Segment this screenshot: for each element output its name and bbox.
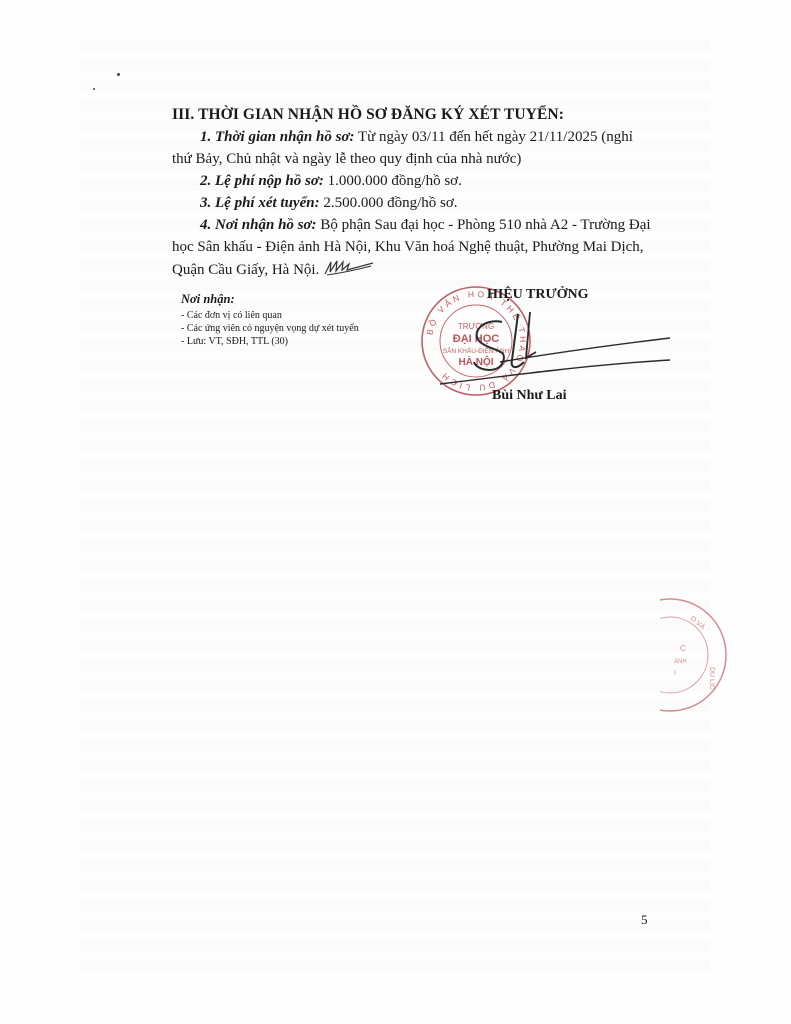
partial-seal-icon: O VÀ DU LỊC C ẢNH I xyxy=(660,595,750,715)
item-label: 1. Thời gian nhận hồ sơ: xyxy=(200,129,354,145)
document-page: III. THỜI GIAN NHẬN HỒ SƠ ĐĂNG KÝ XÉT TU… xyxy=(0,0,791,1024)
section-heading: III. THỜI GIAN NHẬN HỒ SƠ ĐĂNG KÝ XÉT TU… xyxy=(172,106,564,124)
item-text: 1.000.000 đồng/hồ sơ. xyxy=(324,173,462,189)
svg-text:ẢNH: ẢNH xyxy=(674,658,687,665)
scan-speck xyxy=(93,88,95,90)
recipient-item: - Các đơn vị có liên quan xyxy=(181,309,359,322)
svg-text:DU LỊC: DU LỊC xyxy=(708,667,715,690)
signature-icon xyxy=(440,308,680,388)
item-label: 4. Nơi nhận hồ sơ: xyxy=(200,217,317,233)
recipient-item: - Lưu: VT, SĐH, TTL (30) xyxy=(181,335,359,348)
item-application-period: 1. Thời gian nhận hồ sơ: Từ ngày 03/11 đ… xyxy=(172,126,652,170)
item-application-fee: 2. Lệ phí nộp hồ sơ: 1.000.000 đồng/hồ s… xyxy=(172,170,652,192)
recipients-title: Nơi nhận: xyxy=(181,292,359,307)
svg-text:I: I xyxy=(674,670,676,677)
recipients-block: Nơi nhận: - Các đơn vị có liên quan - Cá… xyxy=(181,292,359,348)
svg-text:C: C xyxy=(680,644,686,653)
item-label: 2. Lệ phí nộp hồ sơ: xyxy=(200,173,324,189)
page-number: 5 xyxy=(641,912,648,928)
item-label: 3. Lệ phí xét tuyển: xyxy=(200,195,320,211)
item-text: 2.500.000 đồng/hồ sơ. xyxy=(320,195,458,211)
scan-speck xyxy=(117,73,120,76)
initial-scribble-icon xyxy=(321,258,377,278)
signer-name: Bùi Như Lai xyxy=(492,388,567,404)
signer-title: HIỆU TRƯỞNG xyxy=(487,287,589,303)
item-submission-place: 4. Nơi nhận hồ sơ: Bộ phận Sau đại học -… xyxy=(172,214,652,281)
recipient-item: - Các ứng viên có nguyện vọng dự xét tuy… xyxy=(181,322,359,335)
item-review-fee: 3. Lệ phí xét tuyển: 2.500.000 đồng/hồ s… xyxy=(172,192,652,214)
